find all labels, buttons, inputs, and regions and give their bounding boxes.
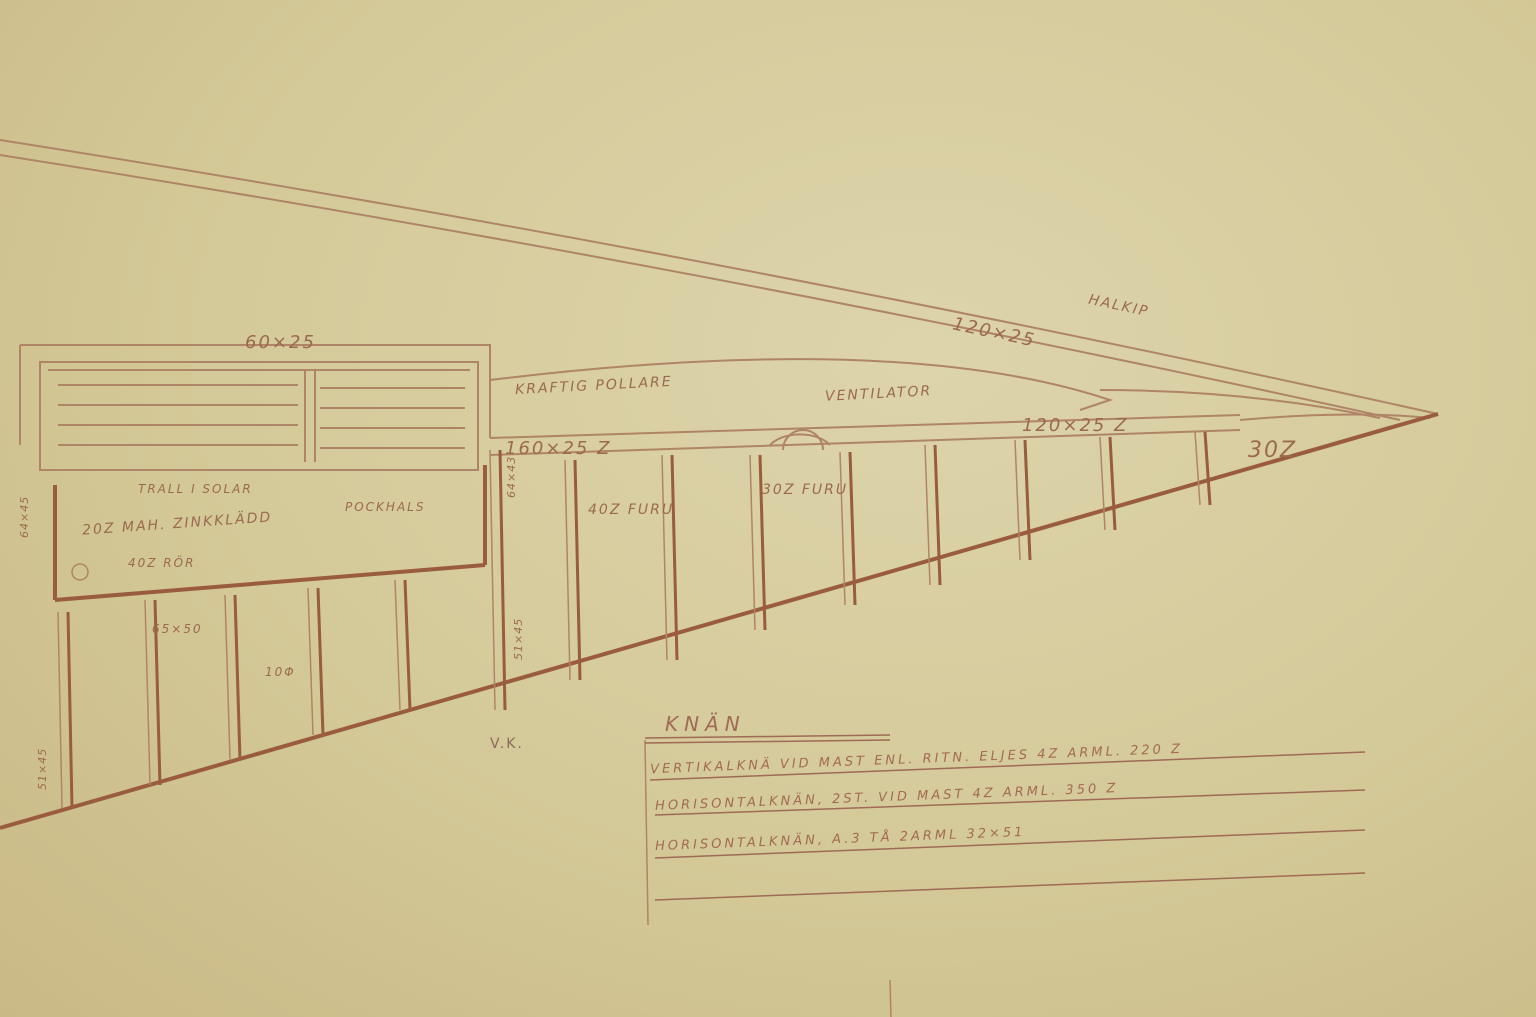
label-65x50: 65×50 <box>152 622 203 636</box>
hull-drawing <box>0 0 1536 1017</box>
label-60x25: 60×25 <box>245 332 316 353</box>
label-160x25z: 160×25 Z <box>505 438 611 459</box>
label-trall: TRALL I SOLAR <box>138 482 253 496</box>
label-30z: 30Z <box>1248 438 1297 463</box>
label-10-diameter: 10ϕ <box>265 665 296 679</box>
knan-heading: KNÄN <box>665 712 746 736</box>
drawing-sheet: HALKIP 120×25 60×25 KRAFTIG POLLARE VENT… <box>0 0 1536 1017</box>
label-pockhals: POCKHALS <box>345 500 425 514</box>
label-51x45-mid: 51×45 <box>512 618 525 660</box>
label-40z-ror: 40Z RÖR <box>128 556 195 570</box>
label-51x45-left: 51×45 <box>36 748 49 790</box>
label-30z-furu: 30Z FURU <box>762 482 848 498</box>
label-64x43: 64×43 <box>505 456 518 498</box>
label-120x25z: 120×25 Z <box>1022 415 1128 436</box>
label-64x45: 64×45 <box>18 496 31 538</box>
label-vk: V.K. <box>490 736 524 752</box>
label-40z-furu: 40Z FURU <box>588 502 674 518</box>
